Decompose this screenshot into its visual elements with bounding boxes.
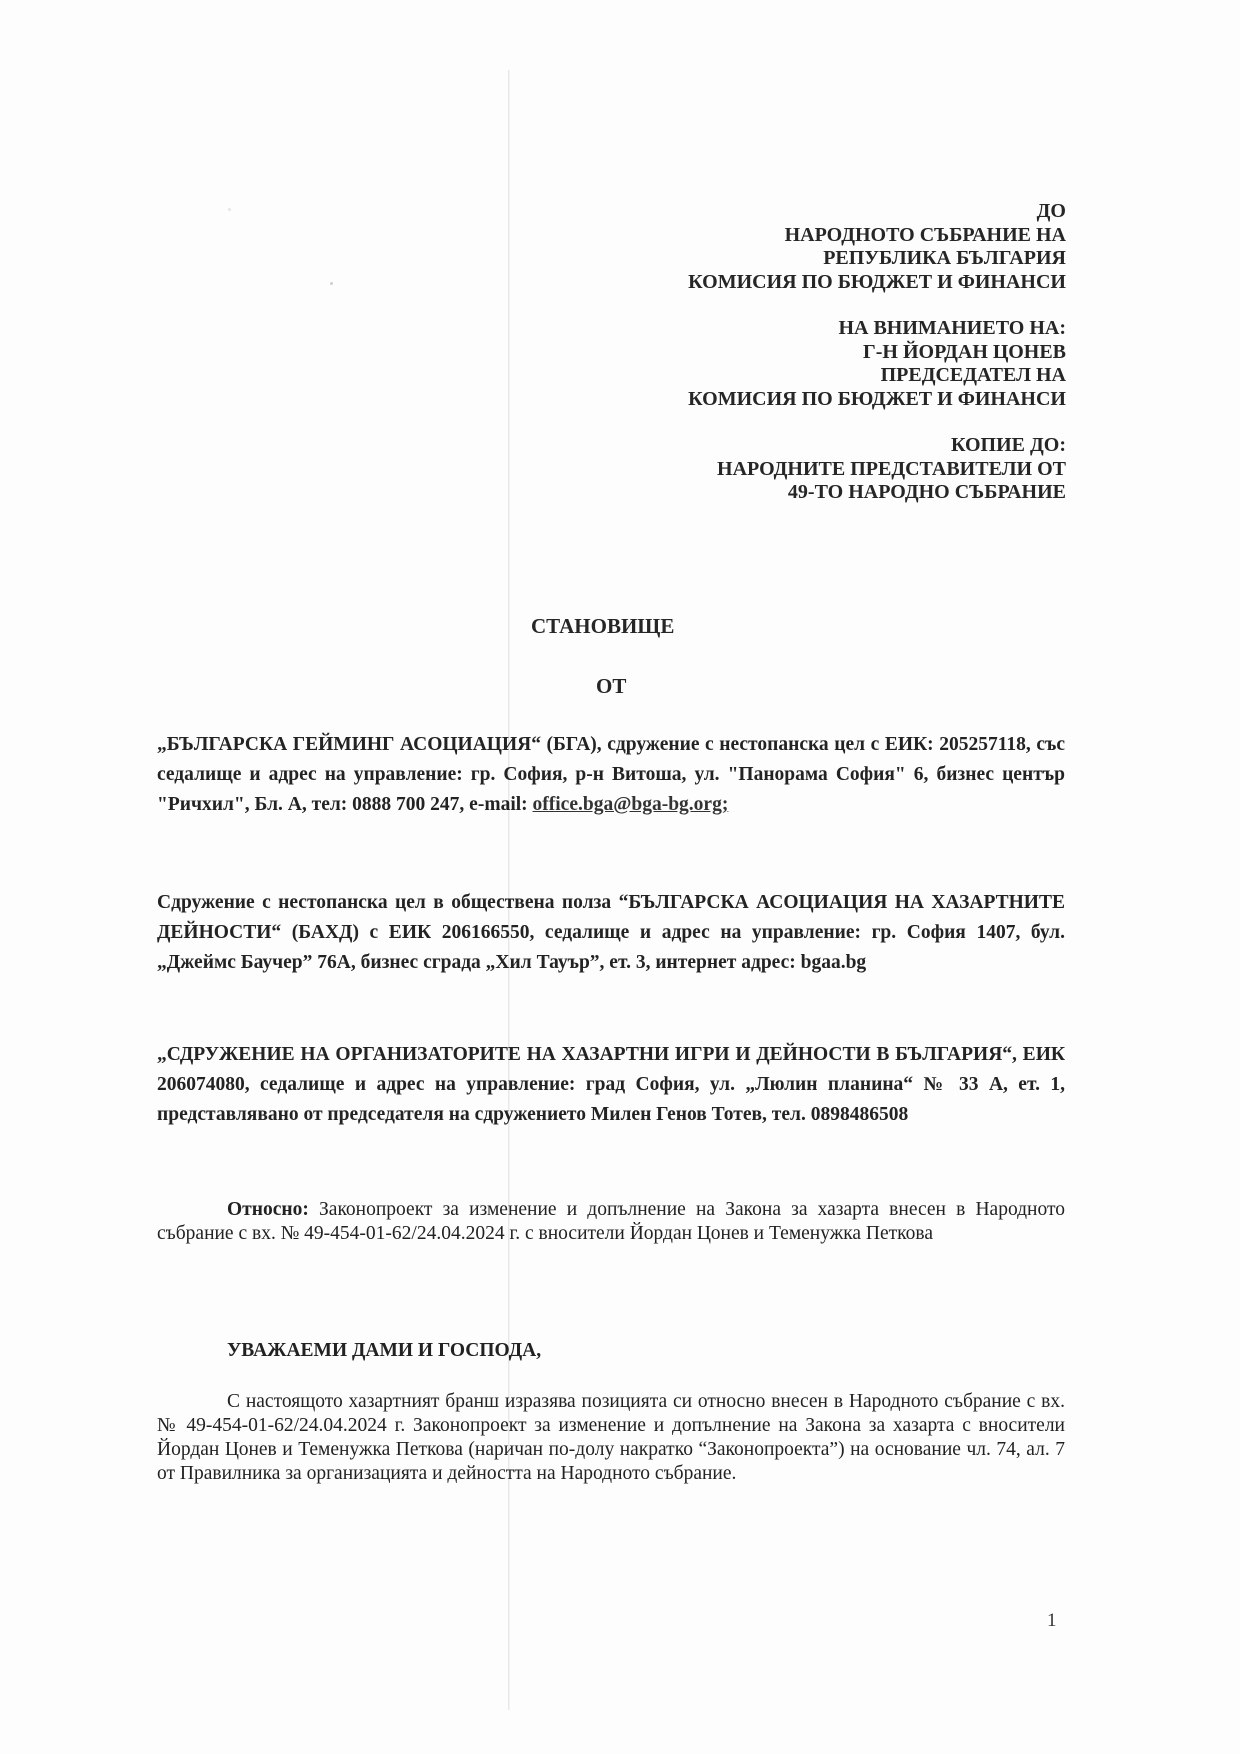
email-link[interactable]: office.bga@bga-bg.org; bbox=[533, 794, 729, 815]
party-text: Сдружение с нестопанска цел в обществена… bbox=[157, 892, 1065, 973]
party-text: „СДРУЖЕНИЕ НА ОРГАНИЗАТОРИТЕ НА ХАЗАРТНИ… bbox=[157, 1044, 1065, 1125]
copy-block: КОПИЕ ДО: НАРОДНИТЕ ПРЕДСТАВИТЕЛИ ОТ 49-… bbox=[688, 434, 1066, 505]
party-bahd: Сдружение с нестопанска цел в обществена… bbox=[157, 888, 1065, 978]
to-line: КОМИСИЯ ПО БЮДЖЕТ И ФИНАНСИ bbox=[688, 271, 1066, 295]
to-line: РЕПУБЛИКА БЪЛГАРИЯ bbox=[688, 247, 1066, 271]
to-line: ДО bbox=[688, 200, 1066, 224]
to-block: ДО НАРОДНОТО СЪБРАНИЕ НА РЕПУБЛИКА БЪЛГА… bbox=[688, 200, 1066, 294]
scan-speck bbox=[330, 282, 333, 285]
body-paragraph: С настоящото хазартният бранш изразява п… bbox=[157, 1390, 1065, 1486]
subject-label: Относно: bbox=[157, 1199, 309, 1220]
page-number: 1 bbox=[1047, 1610, 1057, 1632]
document-page: ДО НАРОДНОТО СЪБРАНИЕ НА РЕПУБЛИКА БЪЛГА… bbox=[0, 0, 1240, 1754]
scan-speck bbox=[228, 208, 231, 211]
document-title: СТАНОВИЩЕ bbox=[531, 614, 674, 639]
to-line: НАРОДНОТО СЪБРАНИЕ НА bbox=[688, 224, 1066, 248]
attention-line: ПРЕДСЕДАТЕЛ НА bbox=[688, 364, 1066, 388]
attention-line: Г-Н ЙОРДАН ЦОНЕВ bbox=[688, 341, 1066, 365]
addressee-block: ДО НАРОДНОТО СЪБРАНИЕ НА РЕПУБЛИКА БЪЛГА… bbox=[688, 200, 1066, 528]
from-label: ОТ bbox=[596, 674, 626, 699]
attention-line: КОМИСИЯ ПО БЮДЖЕТ И ФИНАНСИ bbox=[688, 388, 1066, 412]
party-bga: „БЪЛГАРСКА ГЕЙМИНГ АСОЦИАЦИЯ“ (БГА), сдр… bbox=[157, 730, 1065, 820]
copy-line: НАРОДНИТЕ ПРЕДСТАВИТЕЛИ ОТ bbox=[688, 458, 1066, 482]
attention-line: НА ВНИМАНИЕТО НА: bbox=[688, 317, 1066, 341]
greeting: УВАЖАЕМИ ДАМИ И ГОСПОДА, bbox=[227, 1340, 541, 1362]
party-sohid: „СДРУЖЕНИЕ НА ОРГАНИЗАТОРИТЕ НА ХАЗАРТНИ… bbox=[157, 1040, 1065, 1130]
copy-line: КОПИЕ ДО: bbox=[688, 434, 1066, 458]
copy-line: 49-ТО НАРОДНО СЪБРАНИЕ bbox=[688, 481, 1066, 505]
attention-block: НА ВНИМАНИЕТО НА: Г-Н ЙОРДАН ЦОНЕВ ПРЕДС… bbox=[688, 317, 1066, 411]
subject-paragraph: Относно: Законопроект за изменение и доп… bbox=[157, 1198, 1065, 1246]
